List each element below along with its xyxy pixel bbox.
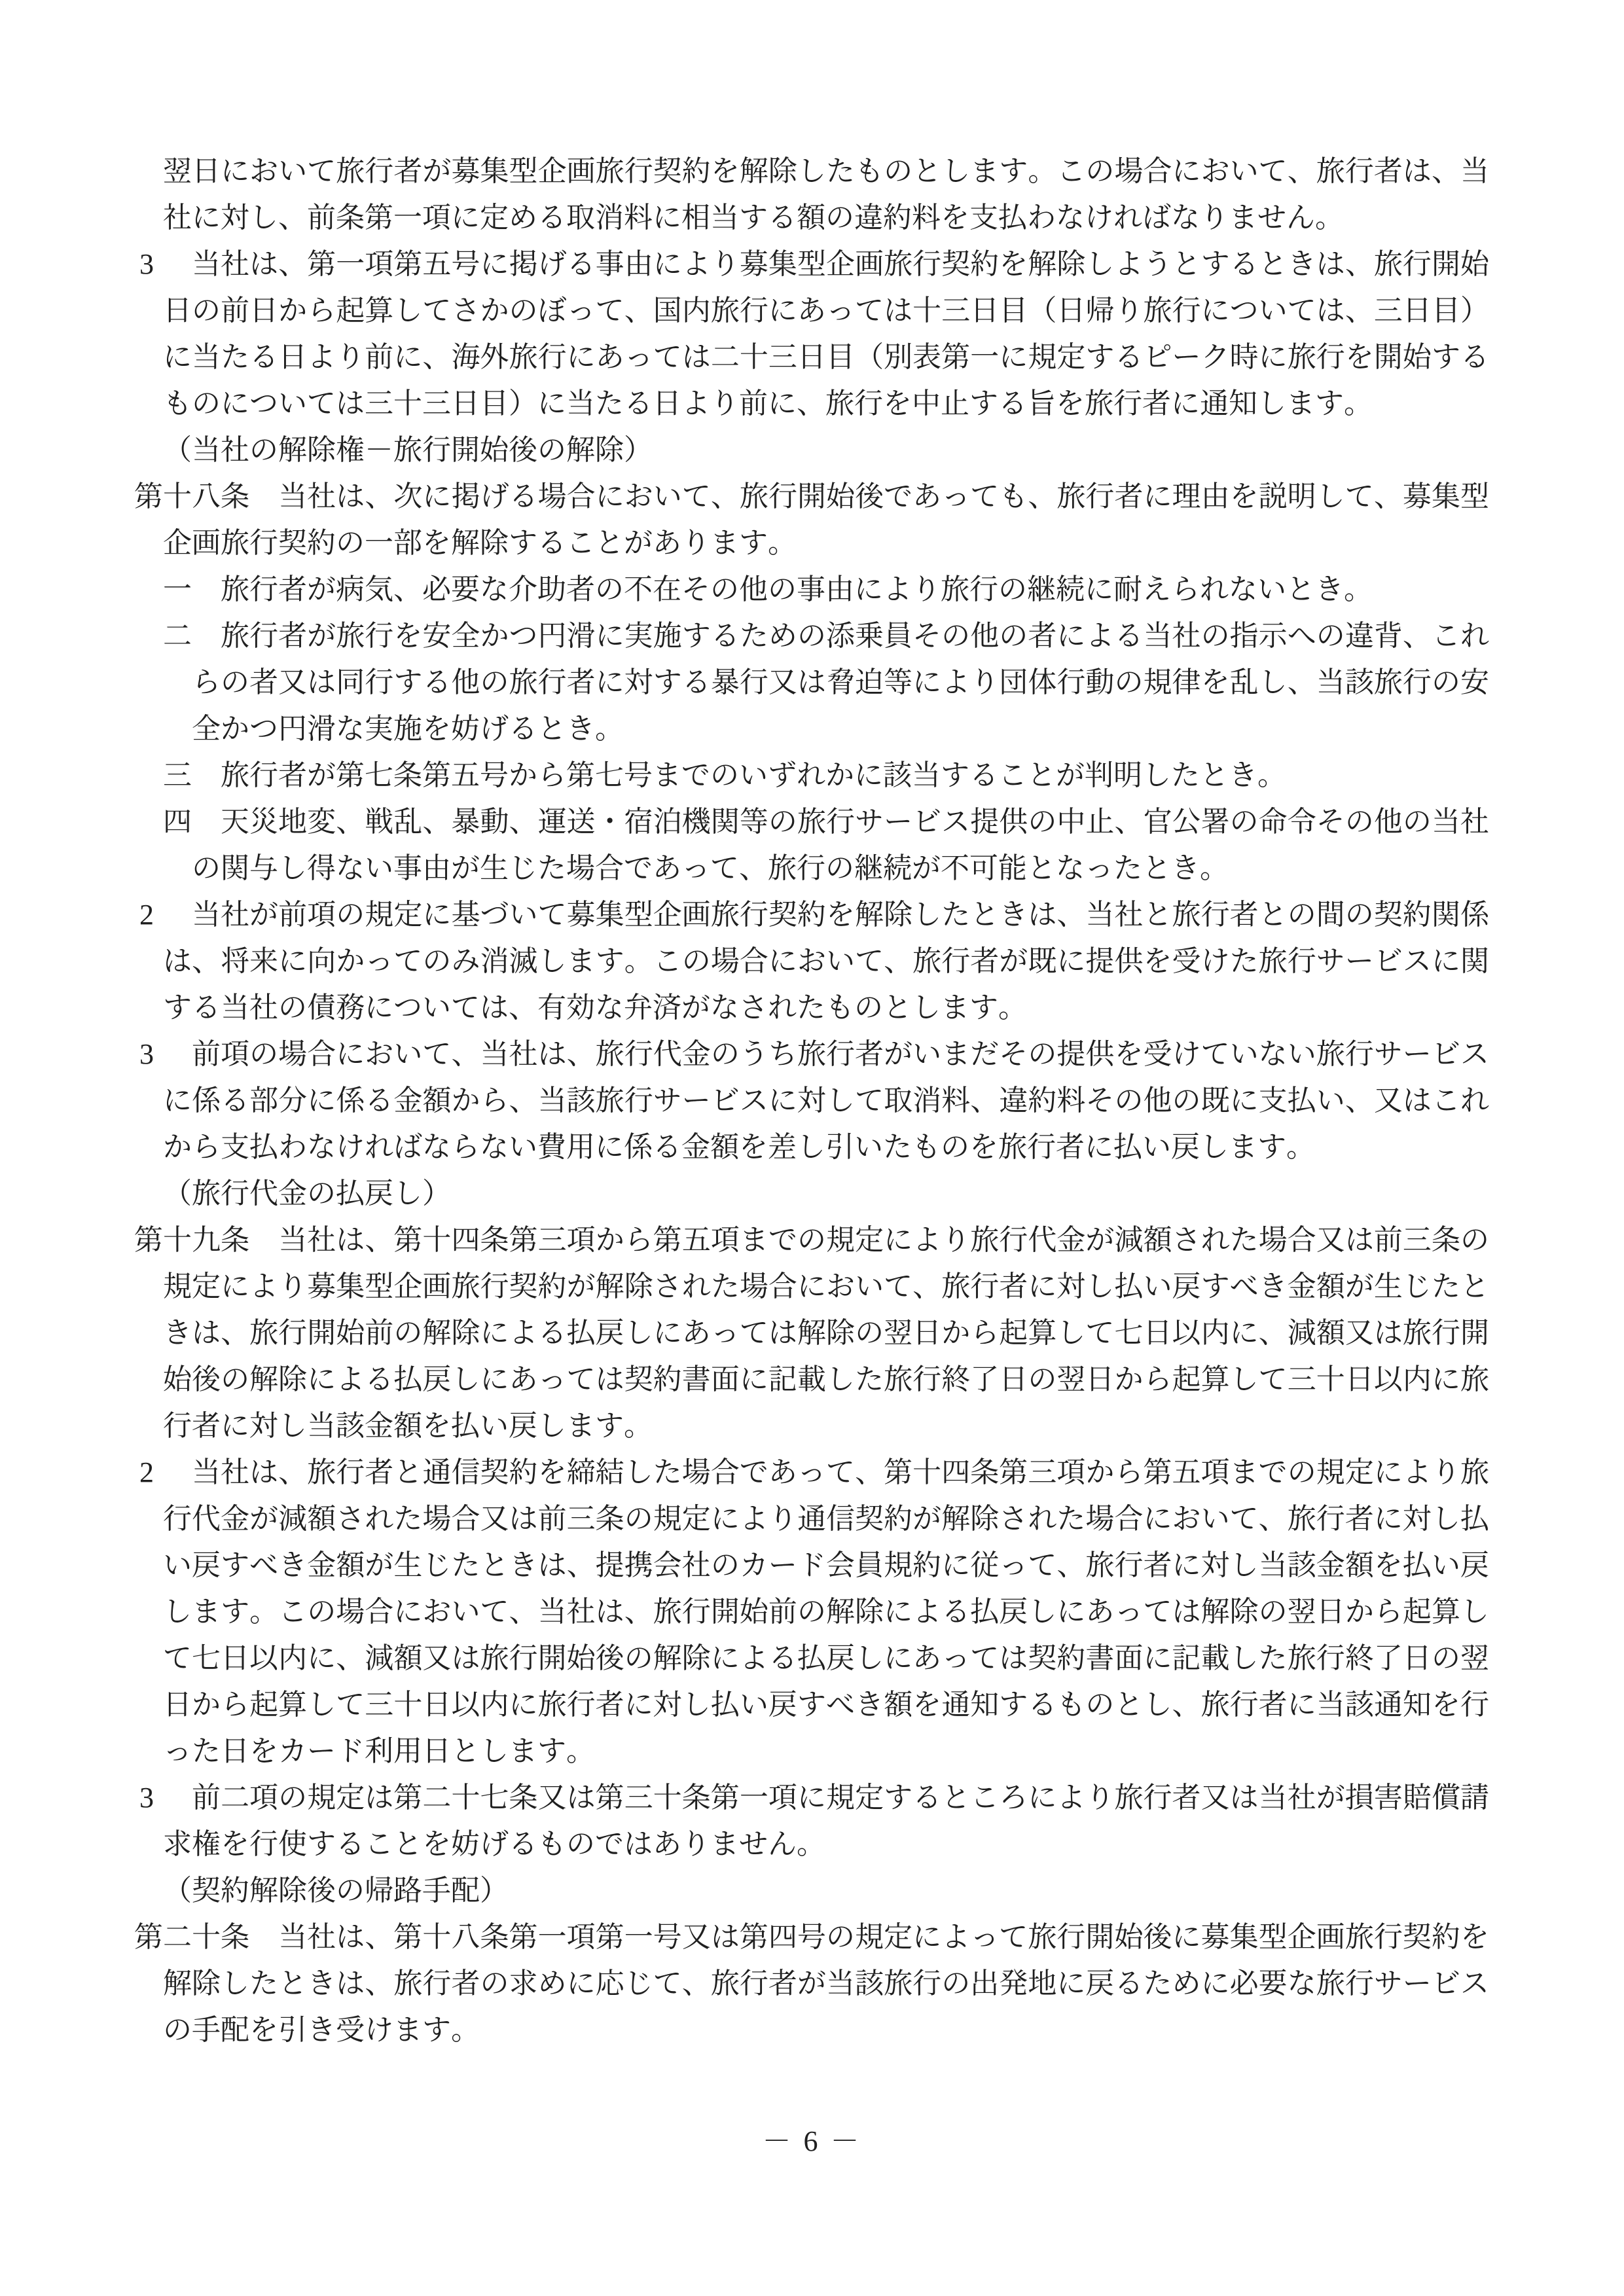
numbered-paragraph: 3当社は、第一項第五号に掲げる事由により募集型企画旅行契約を解除しようとするとき… — [134, 241, 1489, 427]
paragraph-number: 3 — [134, 1031, 192, 1077]
document-page: 翌日において旅行者が募集型企画旅行契約を解除したものとします。この場合において、… — [0, 0, 1624, 2296]
paragraph-number: 2 — [134, 891, 192, 938]
heading-paragraph: （旅行代金の払戻し） — [134, 1170, 1489, 1217]
item-marker: 四 — [163, 798, 221, 845]
page-number: － 6 － — [0, 2126, 1624, 2157]
numbered-paragraph: 3前項の場合において、当社は、旅行代金のうち旅行者がいまだその提供を受けていない… — [134, 1031, 1489, 1170]
item-marker: 一 — [163, 566, 221, 613]
item-paragraph: 四天災地変、戦乱、暴動、運送・宿泊機関等の旅行サービス提供の中止、官公署の命令そ… — [134, 798, 1489, 891]
numbered-paragraph: 2当社が前項の規定に基づいて募集型企画旅行契約を解除したときは、当社と旅行者との… — [134, 891, 1489, 1031]
continuation-paragraph: 翌日において旅行者が募集型企画旅行契約を解除したものとします。この場合において、… — [134, 148, 1489, 241]
item-marker: 三 — [163, 752, 221, 798]
document-body: 翌日において旅行者が募集型企画旅行契約を解除したものとします。この場合において、… — [134, 148, 1489, 2053]
heading-paragraph: （当社の解除権－旅行開始後の解除） — [134, 427, 1489, 473]
numbered-paragraph: 2当社は、旅行者と通信契約を締結した場合であって、第十四条第三項から第五項までの… — [134, 1449, 1489, 1774]
paragraph-number: 3 — [134, 241, 192, 287]
heading-paragraph: （契約解除後の帰路手配） — [134, 1867, 1489, 1914]
item-marker: 二 — [163, 613, 221, 659]
paragraph-number: 3 — [134, 1774, 192, 1821]
item-paragraph: 二旅行者が旅行を安全かつ円滑に実施するための添乗員その他の者による当社の指示への… — [134, 613, 1489, 752]
article-paragraph: 第十九条 当社は、第十四条第三項から第五項までの規定により旅行代金が減額された場… — [134, 1217, 1489, 1449]
item-paragraph: 一旅行者が病気、必要な介助者の不在その他の事由により旅行の継続に耐えられないとき… — [134, 566, 1489, 613]
numbered-paragraph: 3前二項の規定は第二十七条又は第三十条第一項に規定するところにより旅行者又は当社… — [134, 1774, 1489, 1867]
item-paragraph: 三旅行者が第七条第五号から第七号までのいずれかに該当することが判明したとき。 — [134, 752, 1489, 798]
paragraph-number: 2 — [134, 1449, 192, 1496]
article-paragraph: 第十八条 当社は、次に掲げる場合において、旅行開始後であっても、旅行者に理由を説… — [134, 473, 1489, 566]
article-paragraph: 第二十条 当社は、第十八条第一項第一号又は第四号の規定によって旅行開始後に募集型… — [134, 1914, 1489, 2053]
